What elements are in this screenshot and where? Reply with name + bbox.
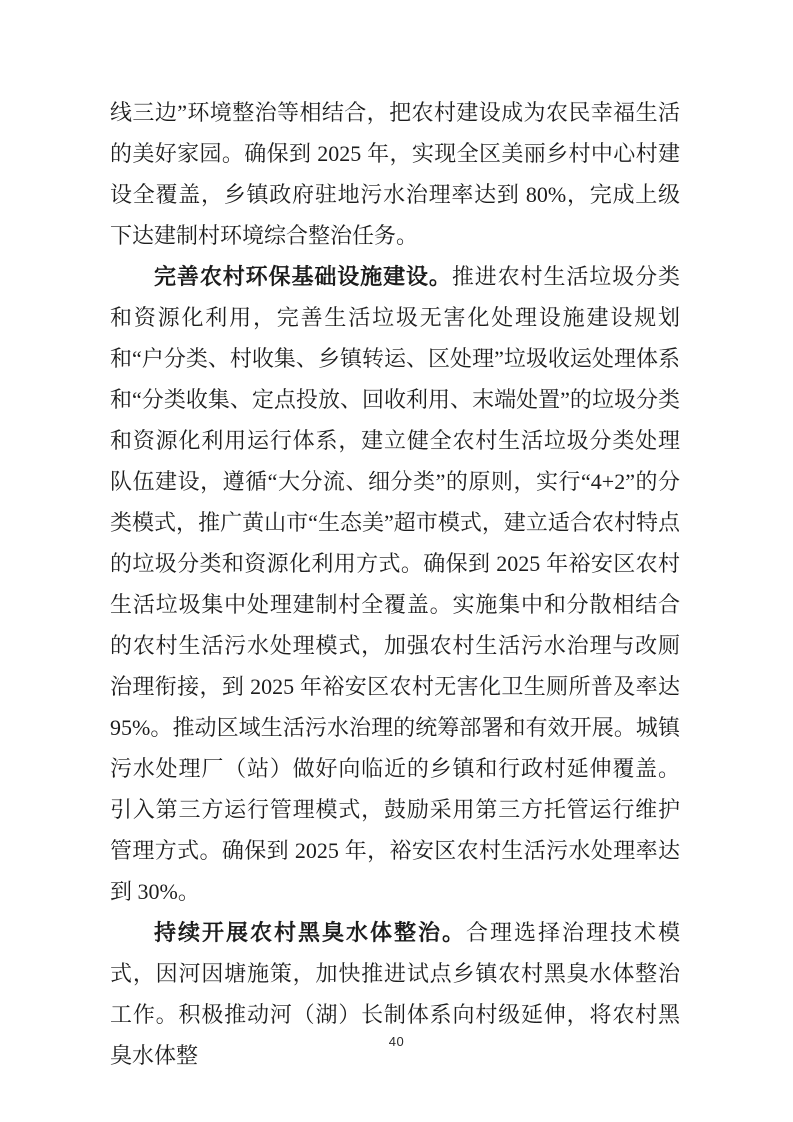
paragraph: 完善农村环保基础设施建设。推进农村生活垃圾分类和资源化利用，完善生活垃圾无害化处… [110, 256, 680, 912]
document-page: 线三边”环境整治等相结合，把农村建设成为农民幸福生活的美好家园。确保到 2025… [0, 0, 793, 1122]
page-number: 40 [0, 1034, 793, 1049]
document-body: 线三边”环境整治等相结合，把农村建设成为农民幸福生活的美好家园。确保到 2025… [110, 92, 680, 1076]
paragraph-lead-bold: 完善农村环保基础设施建设。 [154, 264, 452, 289]
text-run: 线三边”环境整治等相结合，把农村建设成为农民幸福生活的美好家园。确保到 2025… [110, 100, 680, 248]
paragraph-lead-bold: 持续开展农村黑臭水体整治。 [154, 920, 466, 945]
paragraph: 持续开展农村黑臭水体整治。合理选择治理技术模式，因河因塘施策，加快推进试点乡镇农… [110, 912, 680, 1076]
paragraph: 线三边”环境整治等相结合，把农村建设成为农民幸福生活的美好家园。确保到 2025… [110, 92, 680, 256]
text-run: 推进农村生活垃圾分类和资源化利用，完善生活垃圾无害化处理设施建设规划和“户分类、… [110, 264, 680, 904]
